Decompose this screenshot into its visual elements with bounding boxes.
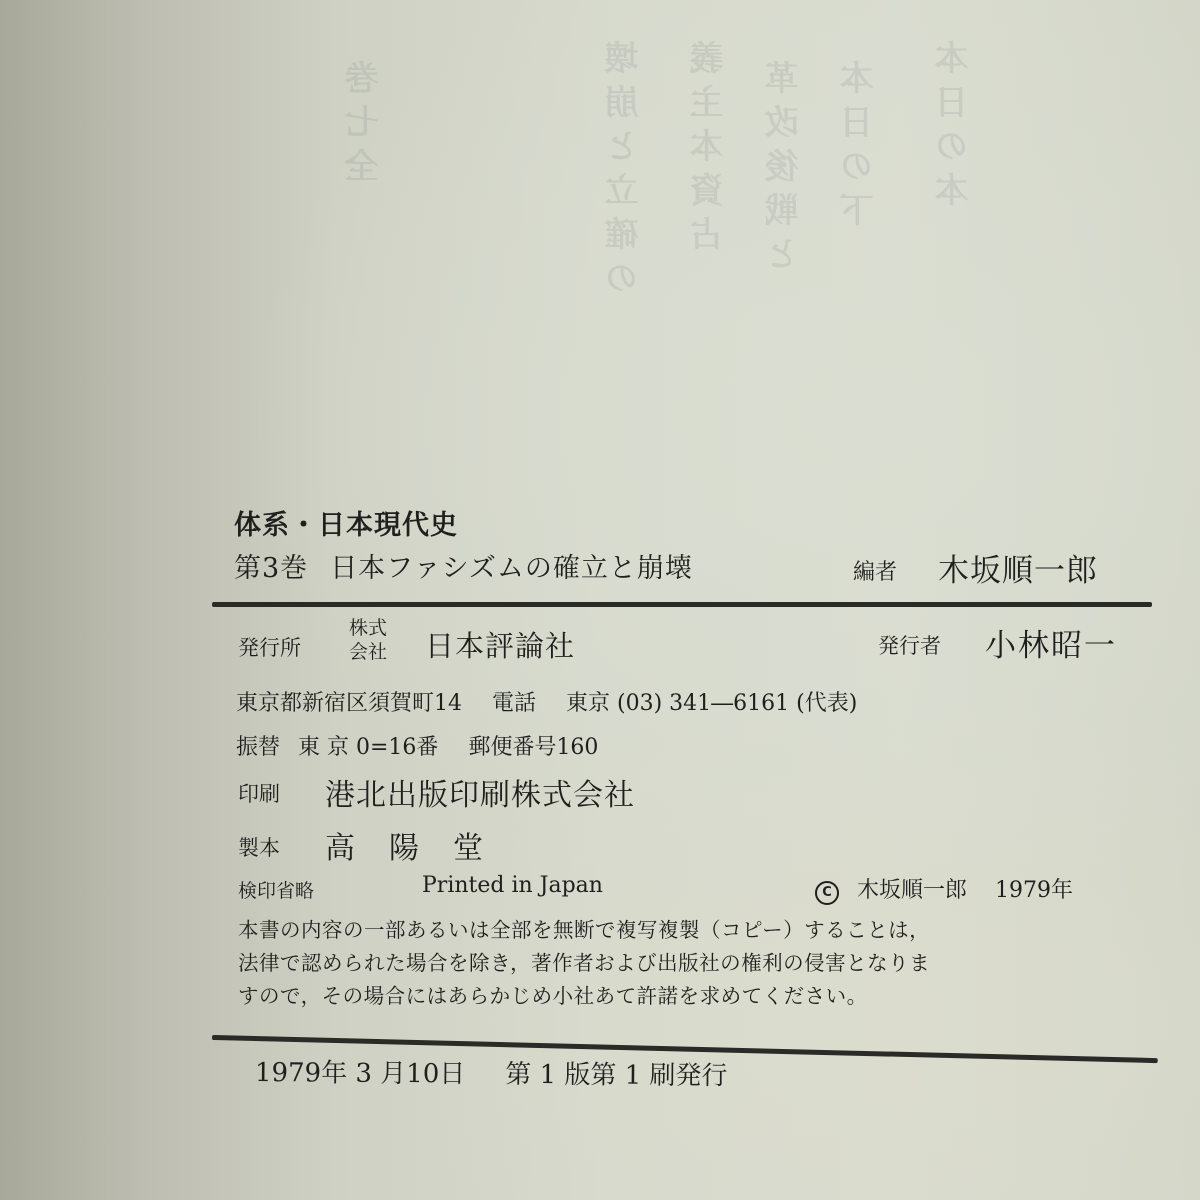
notice-line: すので，その場合にはあらかじめ小社あて許諾を求めてください。 [238,980,1128,1013]
bleed-through-text: 本日の本 [930,40,979,216]
colophon-page: 本日の本 本日の下 革改後戦と 義主本資占 壊崩と立確の 巻七全 体系・日本現代… [0,0,1200,1200]
notice-line: 本書の内容の一部あるいは全部を無断で複写複製（コピー）することは， [238,914,1128,947]
phone-label: 電話 [492,691,536,716]
printer-name: 港北出版印刷株式会社 [325,770,635,814]
corporation-prefix-line2: 会社 [342,640,394,664]
copyright-line: C木坂順一郎1979年 [815,873,1073,905]
issuer-label: 発行者 [878,630,941,660]
bleed-through-text: 巻七全 [340,60,389,192]
transfer-label: 振替 [236,735,280,760]
issue-line: 1979年 3 月10日第 1 版第 1 刷発行 [255,1052,728,1092]
editor-name: 木坂順一郎 [938,545,1098,590]
top-divider [212,602,1152,607]
printer-label: 印刷 [238,778,280,808]
edition: 第 1 版第 1 刷発行 [505,1060,727,1092]
bleed-through-text: 本日の下 [835,60,884,236]
corporation-prefix-line1: 株式 [342,616,394,640]
binder-name: 高陽堂 [325,823,517,867]
transfer-line: 振替東 京 0=16番郵便番号160 [236,730,598,761]
copyright-year: 1979年 [995,878,1073,903]
bleed-through-text: 革改後戦と [760,60,809,280]
seal-omitted-label: 検印省略 [238,876,314,903]
issue-date: 1979年 3 月10日 [255,1058,466,1089]
publisher-name: 日本評論社 [425,624,575,665]
series-title: 体系・日本現代史 [234,503,458,542]
volume-title: 日本ファシズムの確立と崩壊 [330,553,693,584]
postal-code: 郵便番号160 [468,735,598,760]
address-line: 東京都新宿区須賀町14電話東京 (03) 341―6161 (代表) [236,686,857,717]
issuer-name: 小林昭一 [985,620,1117,665]
notice-line: 法律で認められた場合を除き，著作者および出版社の権利の侵害となりま [238,947,1128,980]
phone-number: 東京 (03) 341―6161 (代表) [566,691,857,716]
printed-in-japan: Printed in Japan [422,873,603,898]
copy-notice: 本書の内容の一部あるいは全部を無断で複写複製（コピー）することは， 法律で認めら… [238,914,1128,1013]
corporation-prefix: 株式 会社 [342,616,394,664]
editor-label: 編者 [853,555,897,586]
bleed-through-text: 壊崩と立確の [600,40,649,304]
binder-label: 製本 [238,832,280,862]
bleed-through-text: 義主本資占 [685,40,734,260]
volume-number: 第3巻 [234,553,308,584]
volume-heading: 第3巻日本ファシズムの確立と崩壊 [234,546,693,585]
address: 東京都新宿区須賀町14 [236,691,462,716]
publisher-label: 発行所 [238,632,301,662]
copyright-icon: C [815,881,839,905]
copyright-holder: 木坂順一郎 [857,878,967,903]
transfer-account: 東 京 0=16番 [298,735,438,760]
